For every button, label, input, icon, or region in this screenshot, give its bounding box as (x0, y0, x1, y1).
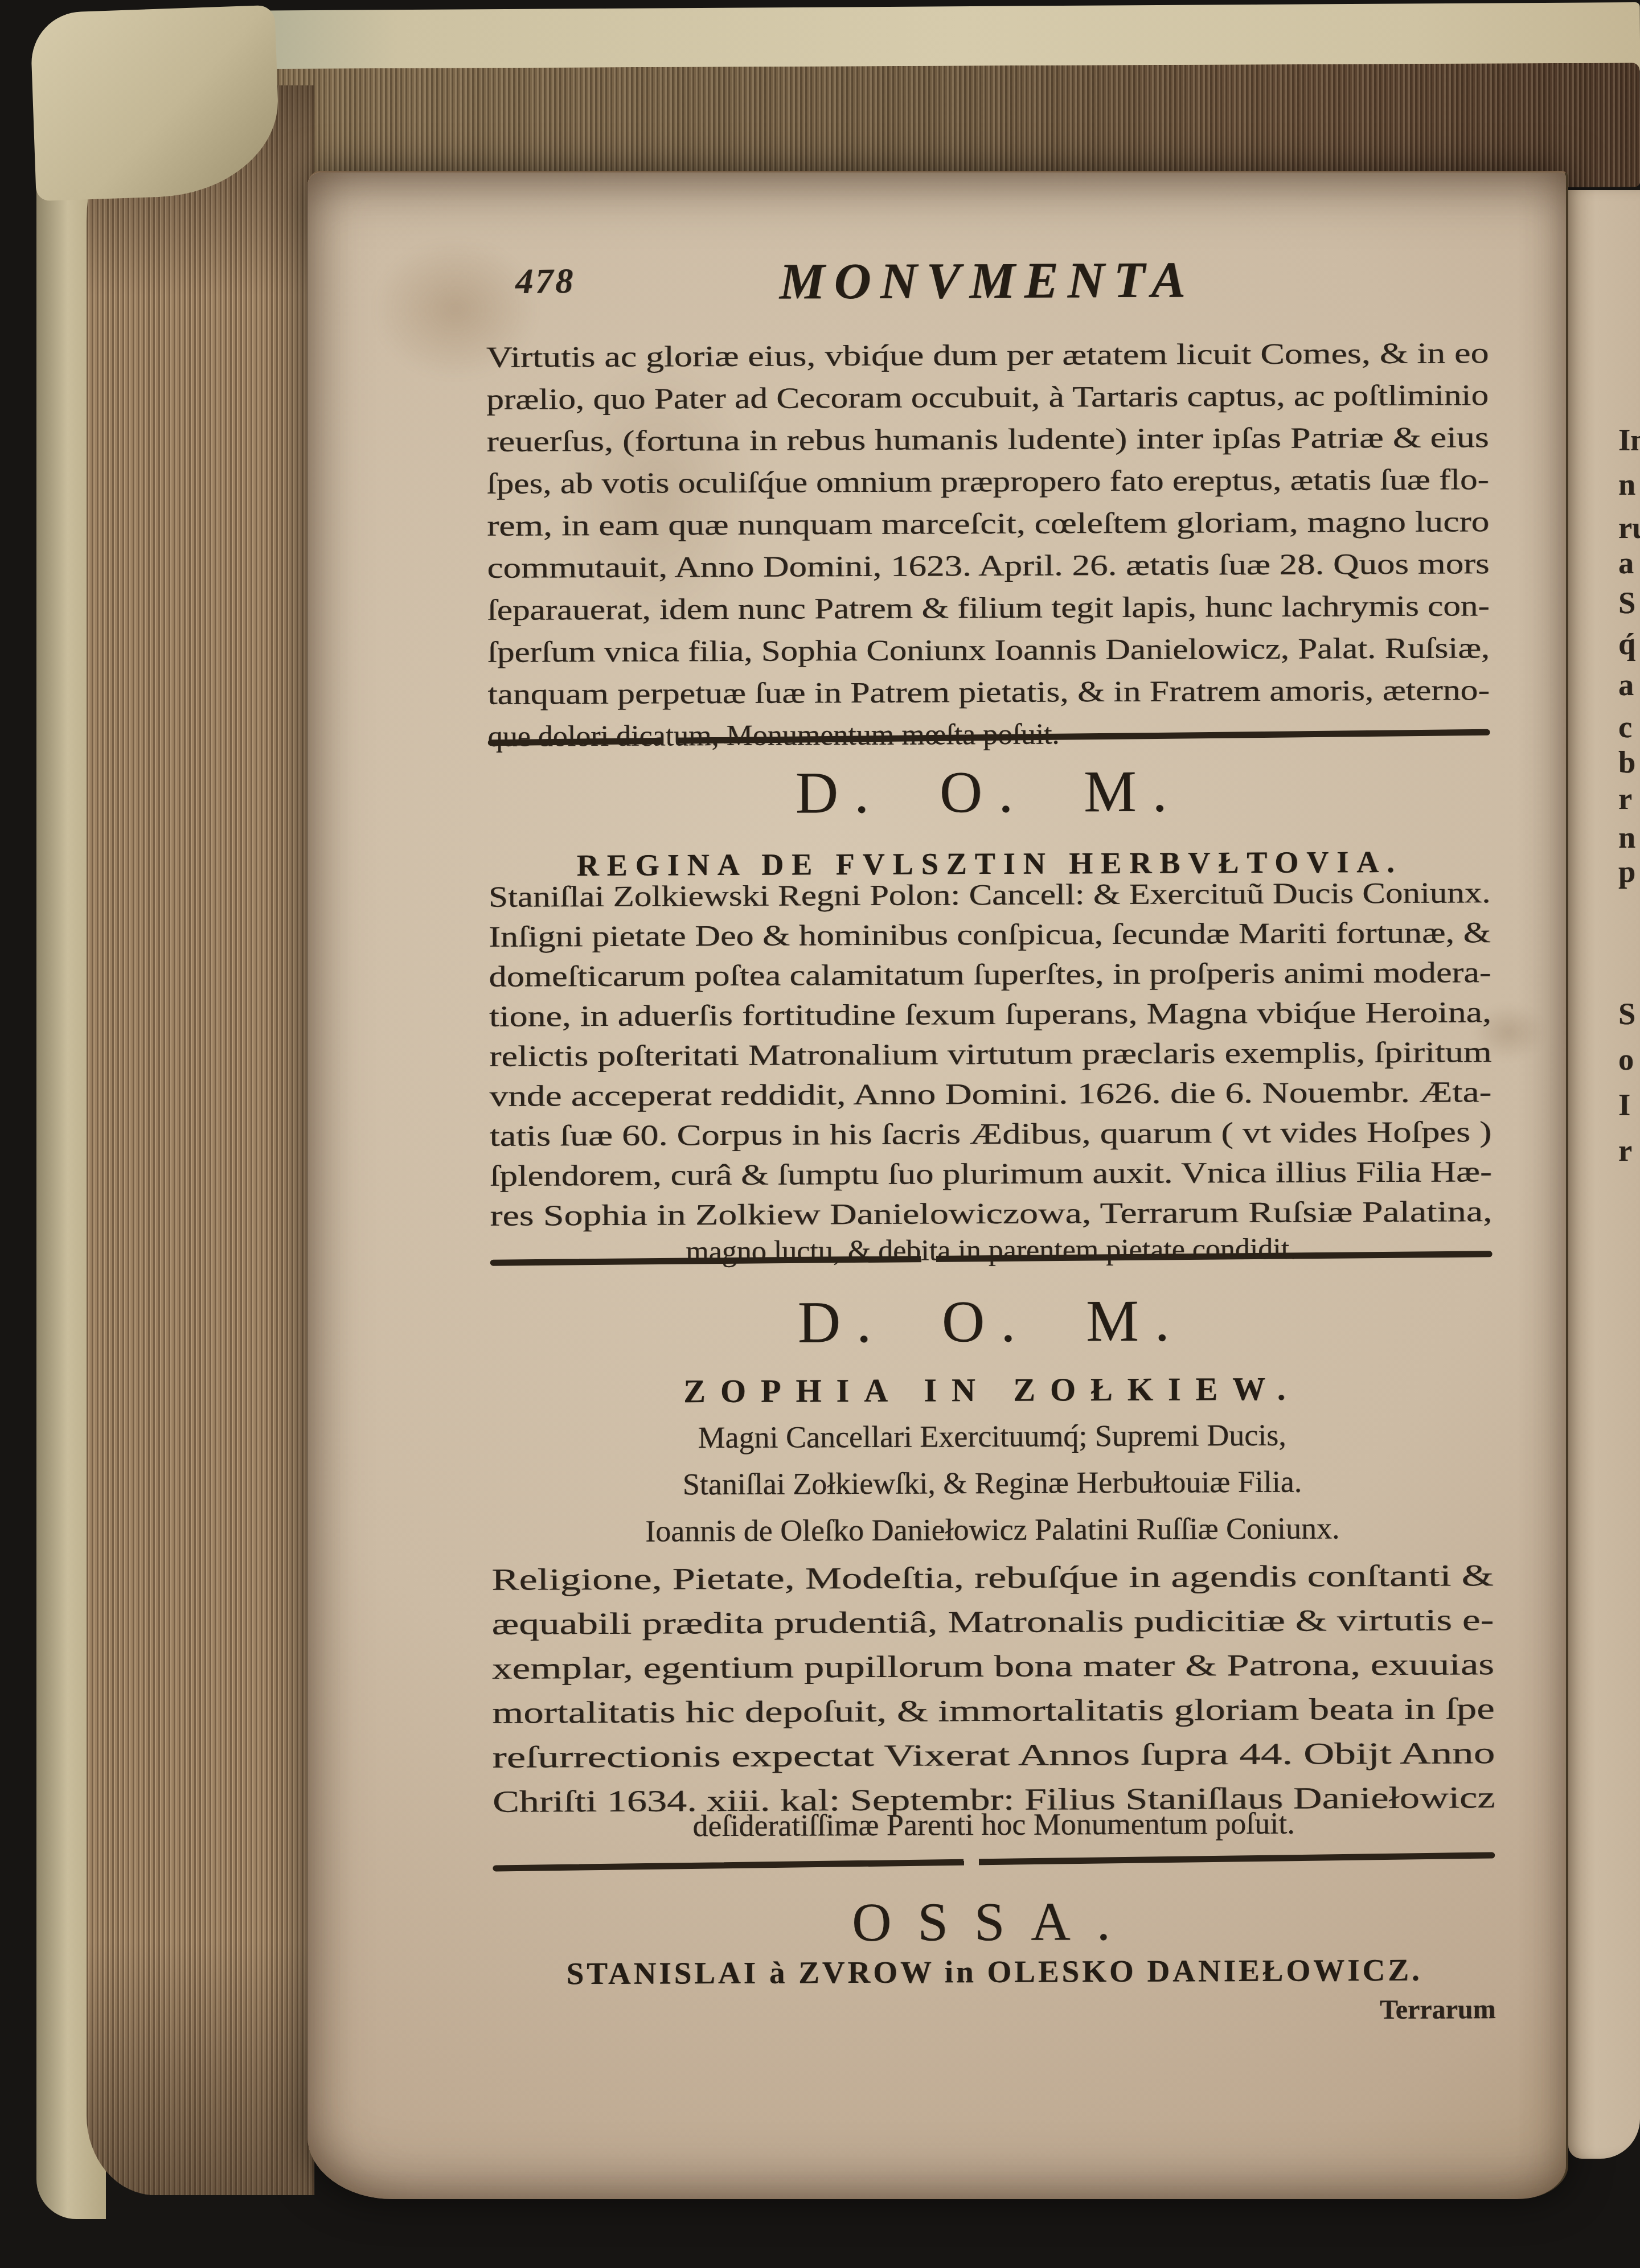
zophia-closing-line: deſideratiſſimæ Parenti hoc Monumentum p… (493, 1800, 1495, 1849)
memorial-paragraph-1: Virtutis ac gloriæ eius, vbiq́ue dum per… (486, 332, 1490, 716)
text-line: rem, in eam quæ nunquam marceſcit, cœleſ… (487, 501, 1489, 548)
book-scan: 478 MONVMENTA Virtutis ac gloriæ eius, v… (0, 0, 1640, 2268)
text-line: tanquam perpetuæ ſuæ in Patrem pietatis,… (487, 669, 1490, 716)
text-block: 478 MONVMENTA Virtutis ac gloriæ eius, v… (486, 248, 1496, 2086)
facing-page-sliver (1568, 190, 1640, 2159)
text-line: ſeparauerat, idem nunc Patrem & filium t… (487, 585, 1490, 632)
text-line: relictis poſteritati Matronalium virtutu… (489, 1033, 1491, 1077)
section-heading-dom-zophia: D. O. M. (490, 1285, 1493, 1358)
text-line: Religione, Pietate, Modeſtia, rebuſq́ue … (491, 1553, 1494, 1602)
text-line: tione, in aduerſis fortitudine ſexum ſup… (489, 993, 1491, 1037)
page-stack-fore-edge (87, 85, 314, 2195)
section-heading-dom-regina: D. O. M. (488, 756, 1491, 828)
text-line: ſperſum vnica filia, Sophia Coniunx Ioan… (487, 627, 1490, 674)
text-line: mortalitatis hic depoſuit, & immortalita… (492, 1686, 1494, 1735)
section-heading-ossa: OSSA. (493, 1888, 1495, 1955)
text-line: vnde acceperat reddidit, Anno Domini. 16… (489, 1073, 1491, 1117)
text-line: æquabili prædita prudentiâ, Matronalis p… (491, 1597, 1494, 1646)
regina-closing-line: magno luctu, & debita in parentem pietat… (490, 1228, 1492, 1273)
zophia-intro-lines: Magni Cancellari Exercituumq́; Supremi D… (491, 1411, 1494, 1555)
text-line: Inſigni pietate Deo & hominibus conſpicu… (489, 913, 1491, 958)
section-subheading-zophia: ZOPHIA IN ZOŁKIEW. (491, 1369, 1493, 1411)
book-page-recto: 478 MONVMENTA Virtutis ac gloriæ eius, v… (307, 171, 1568, 2199)
text-line: domeſticarum poſtea calamitatum ſuperſte… (489, 953, 1491, 997)
text-line: Magni Cancellari Exercituumq́; Supremi D… (491, 1411, 1493, 1462)
regina-paragraph: Staniſlai Zolkiewski Regni Polon: Cancel… (489, 873, 1493, 1236)
catchword: Terrarum (493, 1994, 1499, 2029)
text-line: ſpes, ab votis oculiſq́ue omnium præprop… (487, 459, 1489, 506)
zophia-paragraph: Religione, Pietate, Modeſtia, rebuſq́ue … (491, 1553, 1495, 1824)
section-divider-3 (493, 1852, 1495, 1871)
text-line: xemplar, egentium pupillorum bona mater … (492, 1642, 1494, 1691)
text-line: Virtutis ac gloriæ eius, vbiq́ue dum per… (486, 332, 1489, 379)
text-line: Staniſlai Zolkiewski Regni Polon: Cancel… (489, 873, 1491, 918)
running-title: MONVMENTA (486, 249, 1488, 313)
text-line: reuerſus, (fortuna in rebus humanis lude… (486, 417, 1489, 463)
text-line: Staniſlai Zołkiewſki, & Reginæ Herbułtou… (491, 1457, 1493, 1509)
text-line: ſplendorem, curâ & ſumptu ſuo plurimum a… (490, 1152, 1492, 1197)
text-line: commutauit, Anno Domini, 1623. April. 26… (487, 543, 1489, 590)
text-line: Ioannis de Oleſko Daniełowicz Palatini R… (491, 1504, 1494, 1555)
ossa-subheading: STANISLAI à ZVROW in OLESKO DANIEŁOWICZ. (493, 1951, 1495, 1992)
text-line: tatis ſuæ 60. Corpus in his ſacris Ædibu… (490, 1112, 1492, 1157)
text-line: prælio, quo Pater ad Cecoram occubuit, à… (486, 375, 1489, 421)
text-line: reſurrectionis expectat Vixerat Annos ſu… (492, 1731, 1494, 1780)
